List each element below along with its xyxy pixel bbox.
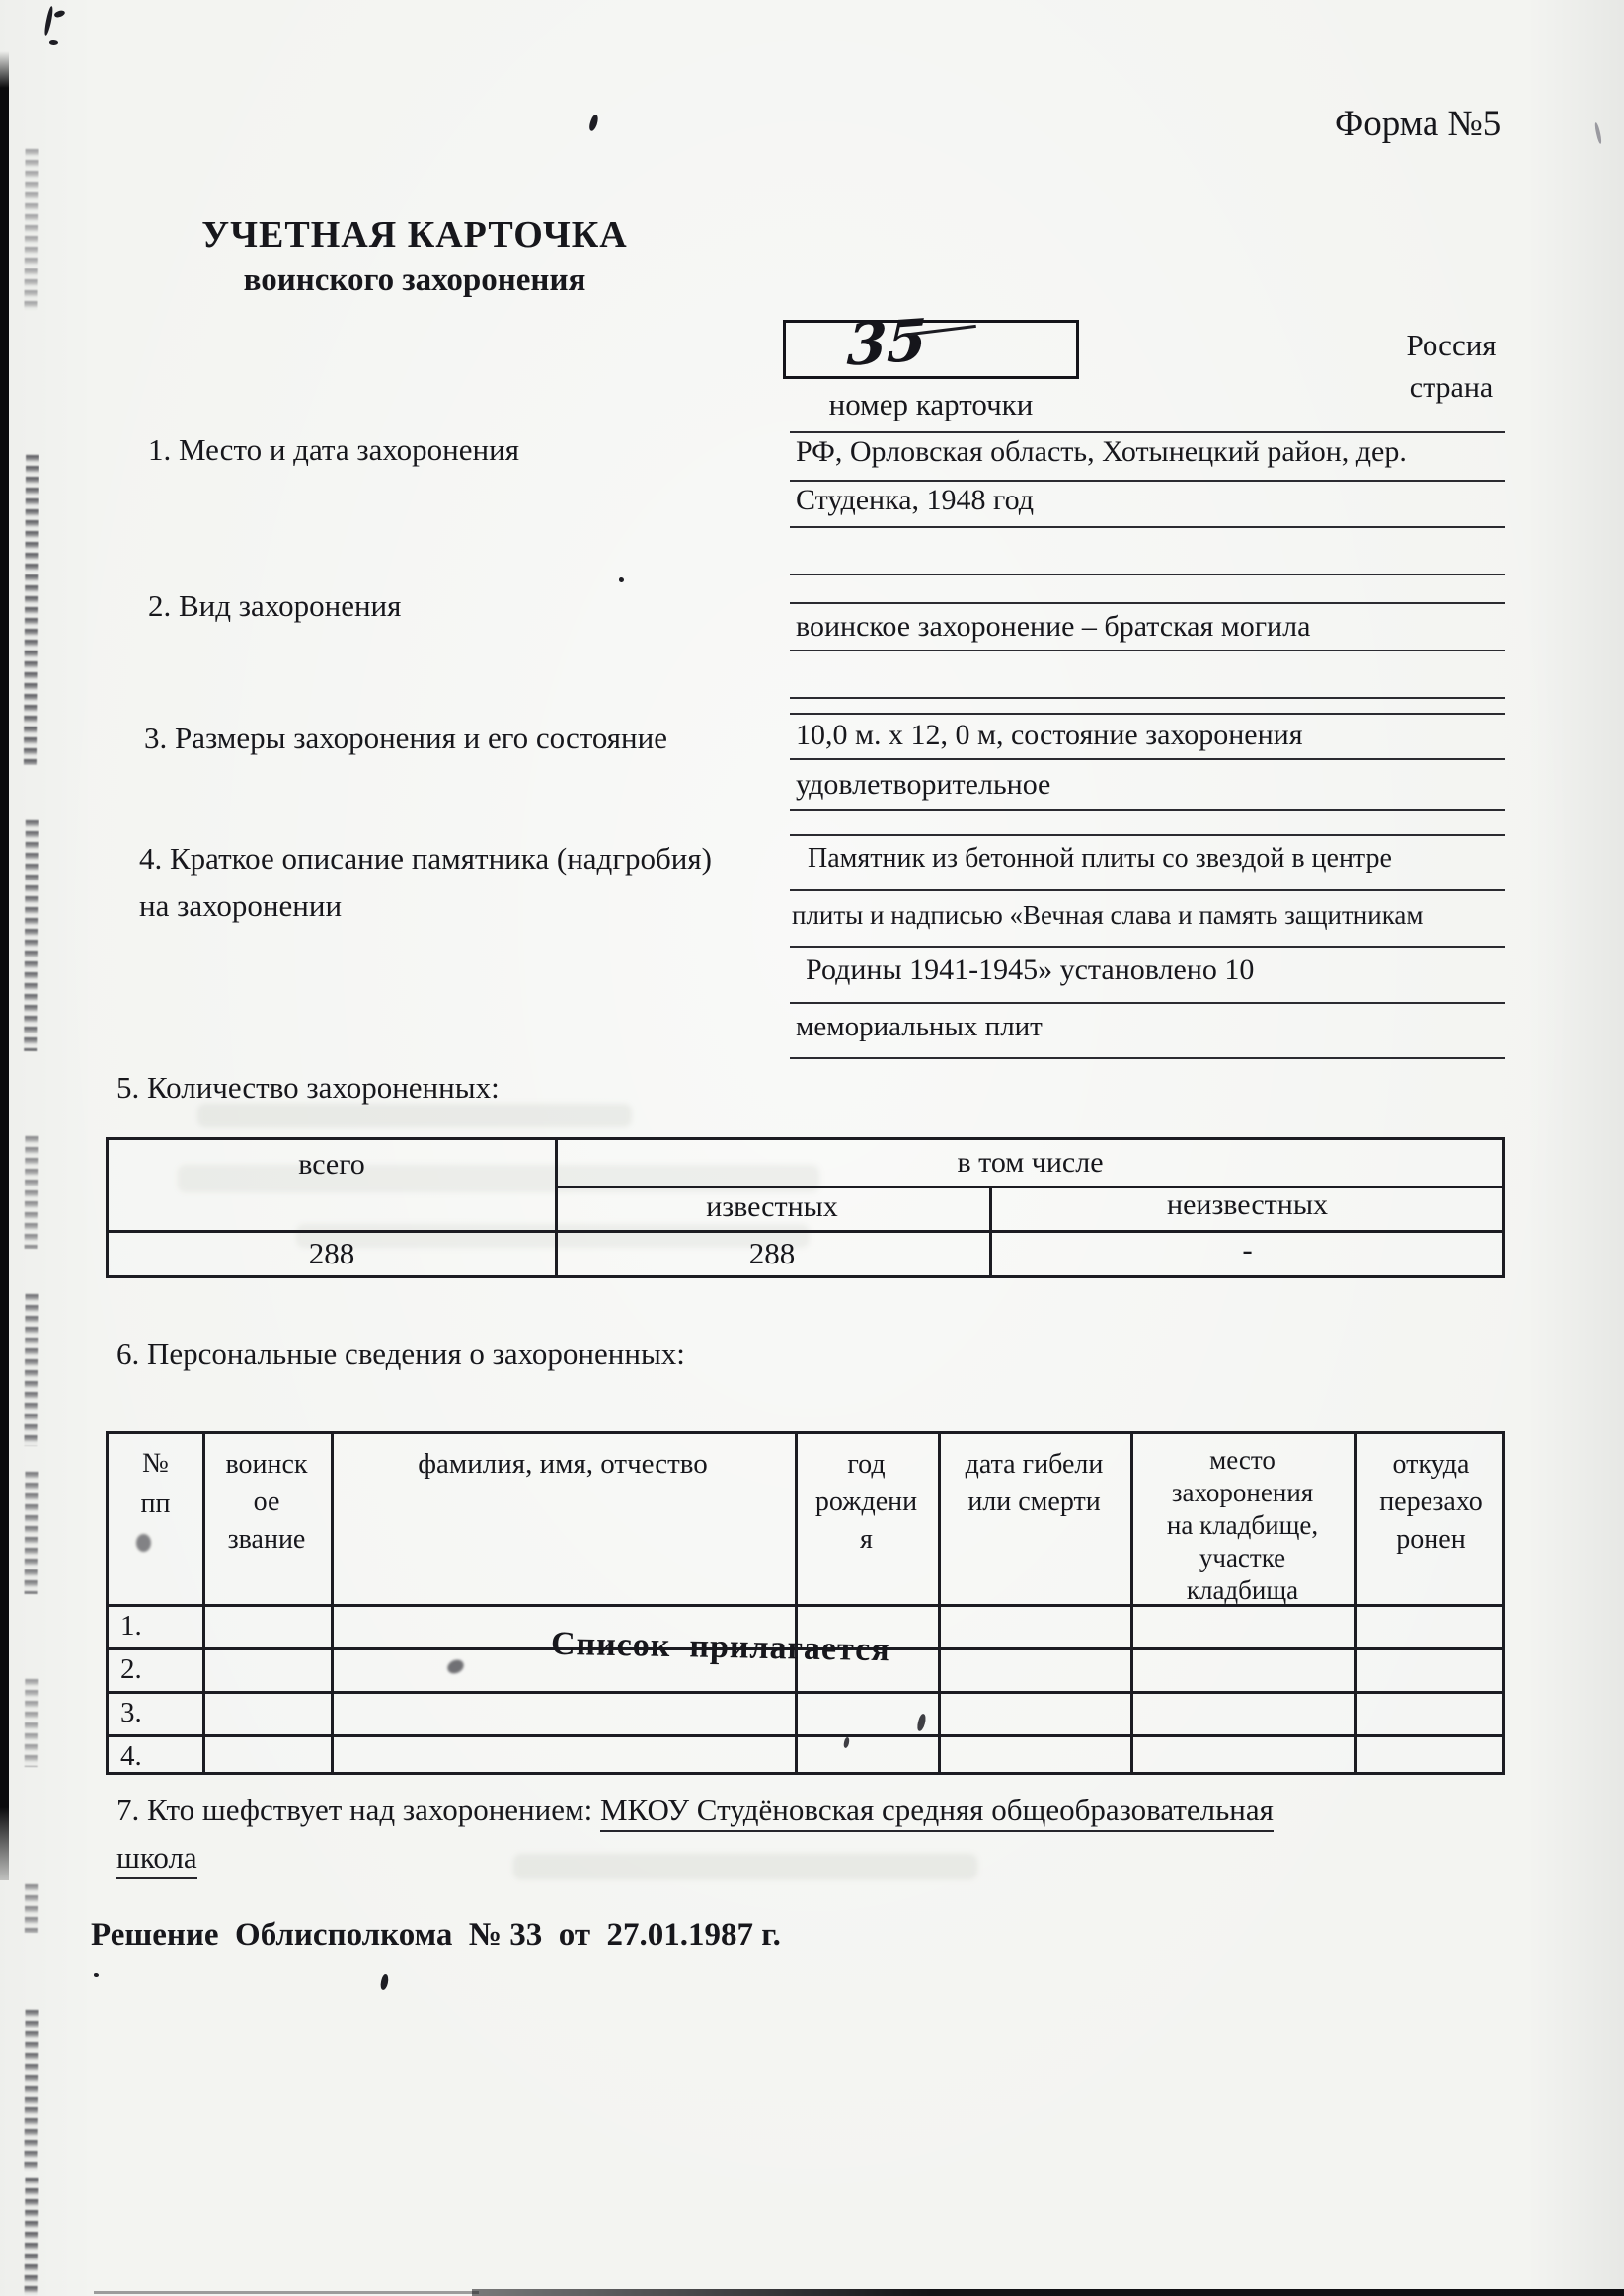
persons-row-number: 3. [120, 1697, 199, 1729]
persons-header-num: № пп [109, 1444, 202, 1524]
field4-value-line3: Родины 1941-1945» установлено 10 [806, 954, 1254, 987]
bleedthrough-strip [25, 1883, 38, 1933]
table-line [109, 1734, 1502, 1737]
persons-header-name: фамилия, имя, отчество [331, 1448, 795, 1481]
ink-mark [379, 1973, 389, 1990]
persons-table: № пп воинск ое звание фамилия, имя, отче… [106, 1431, 1505, 1775]
table-line [109, 1691, 1502, 1694]
page-title: УЧЕТНАЯ КАРТОЧКА [168, 213, 661, 257]
table-line [331, 1434, 334, 1772]
field5-label: 5. Количество захороненных: [116, 1070, 500, 1106]
bleedthrough-strip [24, 819, 39, 1051]
ruled-line [790, 602, 1505, 604]
ruled-line [790, 697, 1505, 699]
ink-mark [49, 40, 58, 45]
count-header-unknown: неизвестных [989, 1188, 1506, 1222]
field7-value-line1: МКОУ Студёновская средняя общеобразовате… [600, 1793, 1274, 1832]
ruled-line [790, 809, 1505, 811]
persons-row-number: 4. [120, 1740, 199, 1773]
persons-row-number: 2. [120, 1653, 199, 1686]
count-total-value: 288 [109, 1236, 555, 1271]
field7-line1: 7. Кто шефствует над захоронением: МКОУ … [116, 1793, 1274, 1828]
bleedthrough-strip [25, 2177, 39, 2296]
field4-label-line1: 4. Краткое описание памятника (надгробия… [139, 841, 712, 877]
bleedthrough-ghost [513, 1854, 977, 1879]
field4-value-line4: мемориальных плит [796, 1011, 1043, 1043]
field4-value-line1: Памятник из бетонной плиты со звездой в … [808, 843, 1392, 875]
crease-mark [1594, 122, 1602, 144]
ink-mark [588, 114, 600, 131]
scanner-edge-strip [472, 2289, 1624, 2296]
bleedthrough-strip [24, 2009, 38, 2172]
field6-label: 6. Персональные сведения о захороненных: [116, 1337, 685, 1372]
bleedthrough-strip [24, 1293, 38, 1446]
ink-mark [53, 9, 65, 18]
field3-label: 3. Размеры захоронения и его состояние [144, 721, 667, 756]
field4-label-line2: на захоронении [139, 888, 342, 924]
ruled-line [790, 431, 1505, 433]
field1-value-line1: РФ, Орловская область, Хотынецкий район,… [796, 435, 1407, 469]
bleedthrough-strip [25, 1135, 39, 1249]
scanned-burial-record-card: Форма №5 УЧЕТНАЯ КАРТОЧКА воинского захо… [0, 0, 1624, 2296]
country-caption: страна [1362, 371, 1540, 405]
ruled-line [790, 834, 1505, 836]
bleedthrough-ghost [197, 1104, 632, 1127]
list-attached-note: Список прилагается [551, 1626, 890, 1670]
burial-count-table: всего в том числе известных неизвестных … [106, 1137, 1505, 1278]
ruled-line [790, 713, 1505, 715]
persons-header-death-date: дата гибели или смерти [938, 1446, 1130, 1521]
count-header-total: всего [109, 1148, 555, 1182]
ruled-line [790, 889, 1505, 891]
field7-line2: школа [116, 1840, 197, 1875]
field1-label: 1. Место и дата захоронения [148, 432, 519, 468]
form-number-label: Форма №5 [1335, 103, 1542, 145]
field1-value-line2: Студенка, 1948 год [796, 484, 1034, 517]
ruled-line [790, 1002, 1505, 1004]
card-number-handwritten: 35 [846, 306, 928, 379]
count-header-including: в том числе [555, 1146, 1506, 1180]
bleedthrough-strip [24, 148, 38, 311]
ruled-line [790, 526, 1505, 528]
ruled-line [790, 574, 1505, 575]
count-known-value: 288 [555, 1236, 989, 1271]
field7-prefix: 7. Кто шефствует над захоронением: [116, 1793, 600, 1827]
decision-note: Решение Облисполкома № 33 от 27.01.1987 … [91, 1917, 781, 1953]
persons-row-number: 1. [120, 1610, 199, 1643]
country-value: Россия [1362, 328, 1540, 363]
field2-label: 2. Вид захоронения [148, 588, 401, 624]
count-header-known: известных [555, 1190, 989, 1224]
card-number-caption: номер карточки [783, 387, 1079, 422]
bleedthrough-strip [24, 454, 39, 765]
count-unknown-value: - [989, 1232, 1506, 1267]
persons-header-from: откуда перезахо ронен [1354, 1446, 1508, 1558]
persons-header-rank: воинск ое звание [202, 1446, 331, 1558]
scanner-edge-strip [0, 51, 9, 1880]
ruled-line [790, 480, 1505, 482]
ruled-line [790, 650, 1505, 651]
persons-header-birth-year: год рождени я [795, 1446, 938, 1558]
persons-header-place: место захоронения на кладбище, участке к… [1130, 1444, 1354, 1607]
field7-value-line2: школа [116, 1840, 197, 1879]
card-number-box: 35 [783, 320, 1079, 379]
ruled-line [790, 758, 1505, 760]
scanner-edge-strip [94, 2291, 479, 2294]
ink-mark [94, 1973, 99, 1977]
field2-value: воинское захоронение – братская могила [796, 610, 1310, 644]
field3-value-line2: удовлетворительное [796, 768, 1050, 802]
ruled-line [790, 946, 1505, 948]
field4-value-line2: плиты и надписью «Вечная слава и память … [792, 900, 1423, 931]
ink-mark [619, 577, 624, 582]
ink-mark [43, 6, 54, 36]
ruled-line [790, 1057, 1505, 1059]
bleedthrough-strip [25, 1678, 39, 1767]
field3-value-line1: 10,0 м. х 12, 0 м, состояние захоронения [796, 719, 1303, 752]
bleedthrough-strip [25, 1471, 39, 1594]
page-subtitle: воинского захоронения [168, 263, 661, 299]
